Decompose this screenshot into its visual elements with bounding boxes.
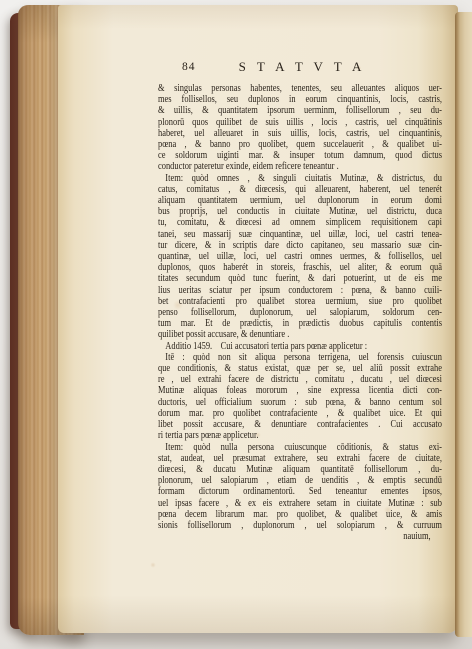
text-line: aliquam quantitatem uermium, uel duplono… <box>158 195 442 206</box>
page-number: 84 <box>182 61 196 73</box>
text-line: Itē : quòd non sit aliqua persona terrig… <box>158 352 442 363</box>
text-line: bus proprijs, uel conductis in ciuitate … <box>158 206 442 217</box>
text-line: que conditionis, & status existat, quæ p… <box>158 363 442 374</box>
text-block: & singulas personas habentes, tenentes, … <box>158 83 442 542</box>
text-line: formam dictorum ordinamentorū. Sed tenea… <box>158 486 442 497</box>
text-line: tur dicere, & in scriptis dare dicto cap… <box>158 240 442 251</box>
text-line: tum mar. Et de prædictis, in prædictis d… <box>158 318 442 329</box>
text-line: Item: quòd nulla persona cuiuscunque cōd… <box>158 442 442 453</box>
text-line: ri tertia pars pœnæ applicetur. <box>158 430 442 441</box>
text-line: stat, audeat, uel præsumat extrahere, se… <box>158 453 442 464</box>
text-line: dorum mar. pro quolibet contrafaciente ,… <box>158 408 442 419</box>
text-line: plonorū quos quilibet de suis uillis , l… <box>158 117 442 128</box>
text-line: plonorum, uel salopiarum , etiam de uend… <box>158 475 442 486</box>
text-line: & singulas personas habentes, tenentes, … <box>158 83 442 94</box>
text-line: Mutinæ aliquas foleas mororum , sine exp… <box>158 385 442 396</box>
text-line: Item: quòd omnes , & singuli ciuitatis M… <box>158 173 442 184</box>
text-line: tu, comitatu, & diœcesi ad omnem simplic… <box>158 217 442 228</box>
photo-background: 84 S T A T V T A & singulas personas hab… <box>0 0 472 649</box>
text-line: re , uel extrahi facere de districtu , c… <box>158 374 442 385</box>
text-line: quilibet possit accusare, & denuntiare . <box>158 329 442 340</box>
text-line: catus, comitatus , & diœcesis, qui alleu… <box>158 184 442 195</box>
running-title: S T A T V T A <box>239 59 366 75</box>
text-line: bet contrafacienti pro qualibet storea u… <box>158 296 442 307</box>
text-line: lius ueritas sciatur per ipsum conductor… <box>158 285 442 296</box>
text-line: ce soldorum uiginti mar. & insuper totum… <box>158 150 442 161</box>
text-line: Additio 1459. Cui accusatori tertia pars… <box>158 341 442 352</box>
text-line: nauium, <box>158 531 442 542</box>
text-line: titates secundum quòd tunc fuerint, & da… <box>158 273 442 284</box>
gutter-page-edges <box>455 12 472 637</box>
text-line: tanei, seu massarij suæ cinquantinæ, uel… <box>158 229 442 240</box>
text-line: libet possit accusare, & denuntiare cont… <box>158 419 442 430</box>
text-line: duplonos, quos haberét in storeis, frasc… <box>158 262 442 273</box>
text-line: & uillis, & quantitatem ipsorum uerminm,… <box>158 105 442 116</box>
text-line: penso follisellorum, duplonorum, uel sal… <box>158 307 442 318</box>
text-line: uel ipsas facere , & ex eis extrahere se… <box>158 498 442 509</box>
text-line: mes follisellos, seu duplonos in eorum c… <box>158 94 442 105</box>
text-line: haberet, uel alleuaret in suis uillis, l… <box>158 128 442 139</box>
text-line: conductor pateretur exinde, eidem refice… <box>158 161 442 172</box>
text-line: sionis follisellorum , duplonorum , uel … <box>158 520 442 531</box>
book-page: 84 S T A T V T A & singulas personas hab… <box>58 5 458 633</box>
text-line: pœna , & banno pro quolibet, quem succel… <box>158 139 442 150</box>
text-line: diœcesi, & ducatu Mutinæ aliquam quantit… <box>158 464 442 475</box>
text-line: quantinæ, uel uillæ, loci, uel castri om… <box>158 251 442 262</box>
text-line: pœna decem librarum mar. pro quolibet, &… <box>158 509 442 520</box>
text-line: ductoris, uel officialium suorum : sub p… <box>158 397 442 408</box>
page-header: 84 S T A T V T A <box>158 59 446 75</box>
